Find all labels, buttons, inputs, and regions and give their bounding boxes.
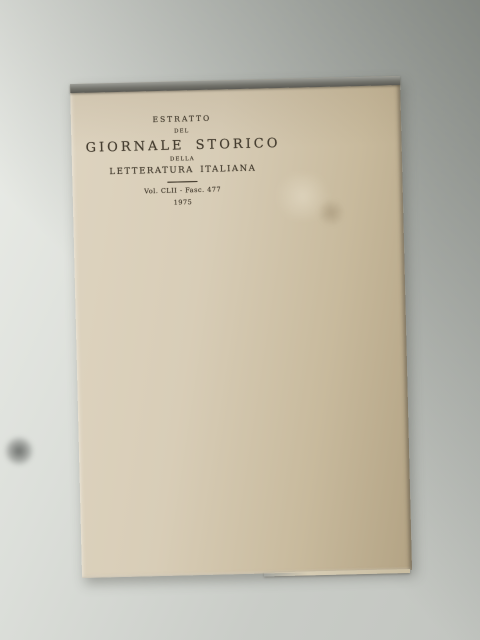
journal-subtitle: LETTERATURA ITALIANA xyxy=(72,163,292,178)
journal-title: GIORNALE STORICO xyxy=(71,136,291,156)
divider-rule xyxy=(167,181,197,183)
volume-fascicle-label: Vol. CLII - Fasc. 477 xyxy=(73,184,293,197)
del-label: DEL xyxy=(71,126,291,137)
cover-stain xyxy=(318,197,345,228)
cover-title-block: ESTRATTO DEL GIORNALE STORICO DELLA LETT… xyxy=(71,112,293,209)
booklet-top-board-edge xyxy=(70,76,400,93)
estratto-label: ESTRATTO xyxy=(71,112,291,126)
booklet-cover: ESTRATTO DEL GIORNALE STORICO DELLA LETT… xyxy=(70,76,412,578)
photo-background: ESTRATTO DEL GIORNALE STORICO DELLA LETT… xyxy=(0,0,480,640)
year-label: 1975 xyxy=(73,196,293,209)
page-edge xyxy=(264,569,411,577)
backdrop-smudge-mark xyxy=(4,436,34,466)
